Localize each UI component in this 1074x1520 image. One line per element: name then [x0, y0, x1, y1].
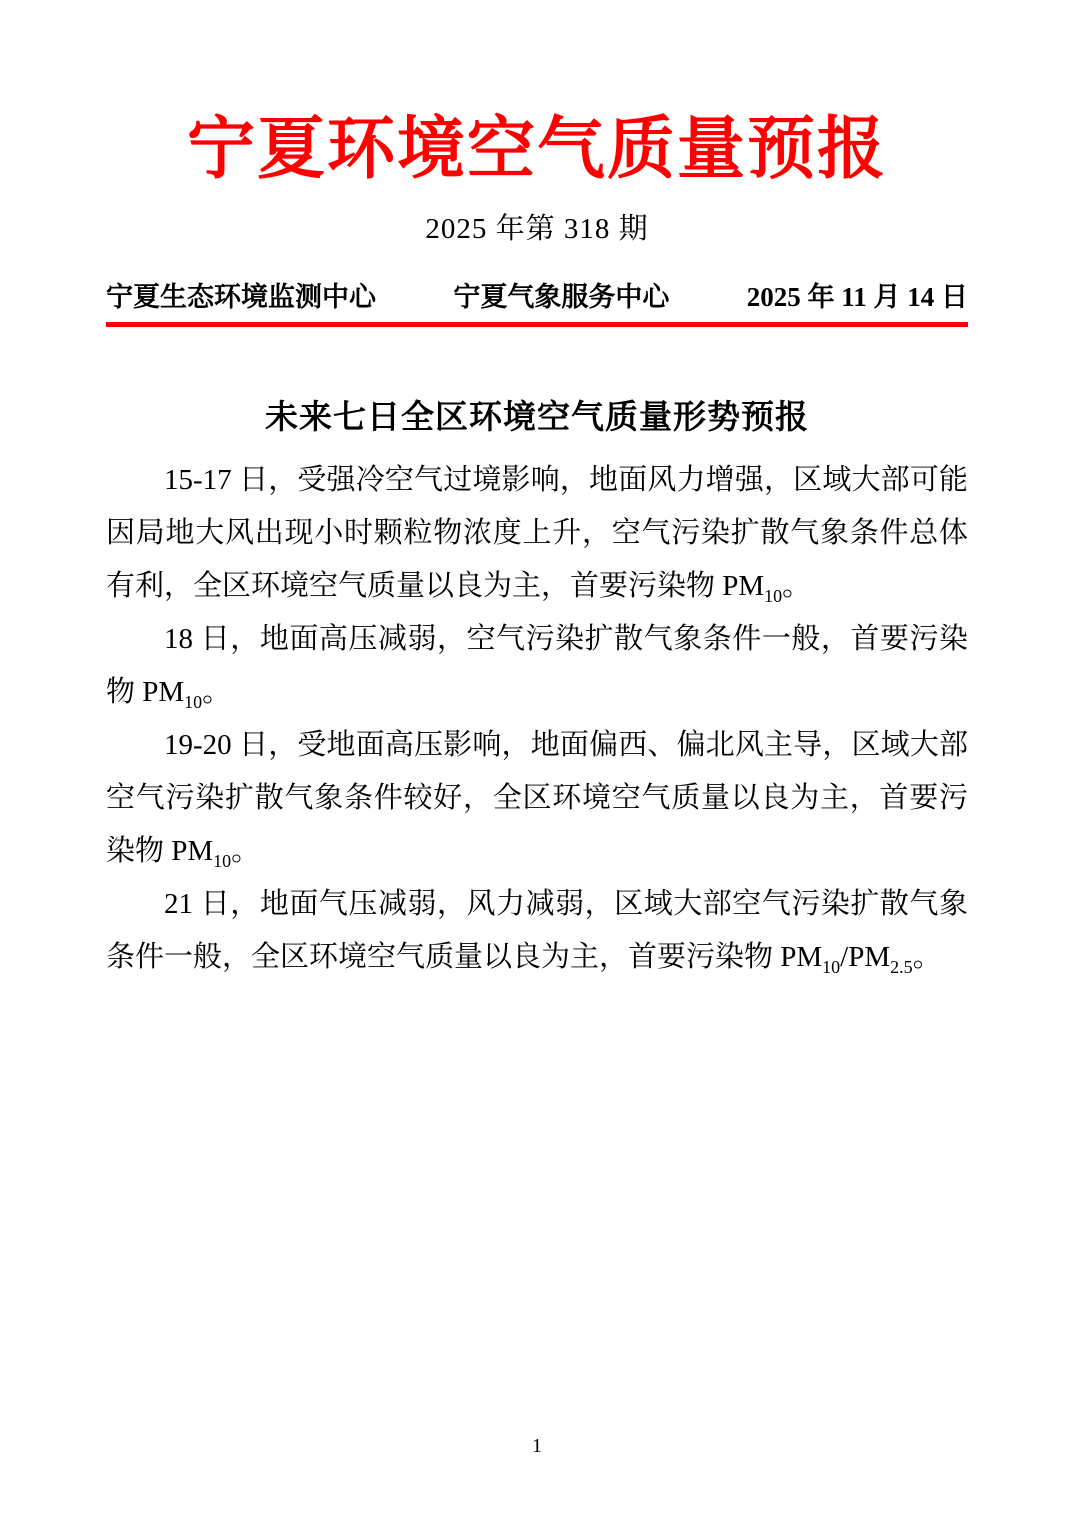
masthead-row: 宁夏生态环境监测中心 宁夏气象服务中心 2025 年 11 月 14 日	[106, 275, 968, 314]
issue-date: 2025 年 11 月 14 日	[747, 275, 968, 314]
page-number: 1	[0, 1435, 1074, 1458]
document-body: 未来七日全区环境空气质量形势预报 15-17 日，受强冷空气过境影响，地面风力增…	[106, 391, 968, 984]
forecast-paragraph-19-20: 19-20 日，受地面高压影响，地面偏西、偏北风主导，区域大部空气污染扩散气象条…	[106, 719, 968, 878]
document-content: 宁夏环境空气质量预报 2025 年第 318 期 宁夏生态环境监测中心 宁夏气象…	[0, 0, 1074, 984]
forecast-paragraphs: 15-17 日，受强冷空气过境影响，地面风力增强，区域大部可能因局地大风出现小时…	[106, 454, 968, 984]
org-name-center: 宁夏气象服务中心	[453, 275, 669, 314]
header-divider	[106, 322, 968, 327]
pm-subscript: 10	[764, 586, 782, 606]
paragraph-text: 。	[231, 835, 260, 867]
pm-subscript: 2.5	[890, 957, 912, 977]
paragraph-text: 。	[202, 676, 231, 708]
pm-subscript: 10	[213, 851, 231, 871]
forecast-paragraph-21: 21 日，地面气压减弱，风力减弱，区域大部空气污染扩散气象条件一般，全区环境空气…	[106, 878, 968, 984]
forecast-paragraph-15-17: 15-17 日，受强冷空气过境影响，地面风力增强，区域大部可能因局地大风出现小时…	[106, 454, 968, 613]
org-name-left: 宁夏生态环境监测中心	[106, 275, 376, 314]
paragraph-text: /PM	[840, 941, 890, 973]
paragraph-text: 。	[913, 941, 942, 973]
forecast-paragraph-18: 18 日，地面高压减弱，空气污染扩散气象条件一般，首要污染物 PM10。	[106, 613, 968, 719]
document-page: 宁夏环境空气质量预报 2025 年第 318 期 宁夏生态环境监测中心 宁夏气象…	[0, 0, 1074, 1520]
paragraph-text: 。	[782, 570, 811, 602]
paragraph-text: 15-17 日，受强冷空气过境影响，地面风力增强，区域大部可能因局地大风出现小时…	[106, 464, 968, 602]
pm-subscript: 10	[822, 957, 840, 977]
issue-number: 2025 年第 318 期	[106, 206, 968, 247]
paragraph-text: 18 日，地面高压减弱，空气污染扩散气象条件一般，首要污染物 PM	[106, 623, 968, 708]
pm-subscript: 10	[184, 692, 202, 712]
document-title: 宁夏环境空气质量预报	[106, 0, 968, 188]
document-header: 宁夏环境空气质量预报 2025 年第 318 期 宁夏生态环境监测中心 宁夏气象…	[106, 0, 968, 327]
section-title: 未来七日全区环境空气质量形势预报	[106, 391, 968, 438]
